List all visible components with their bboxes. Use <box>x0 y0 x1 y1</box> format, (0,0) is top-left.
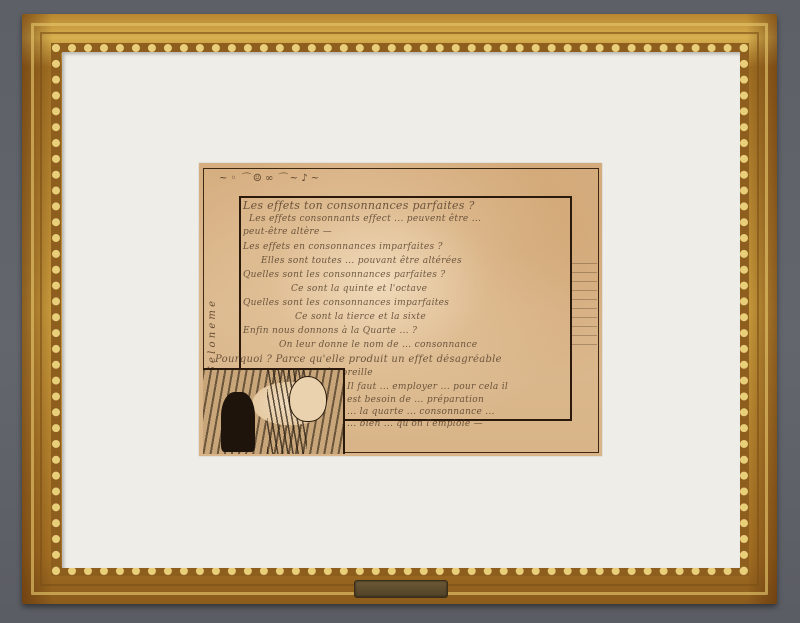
text-line: Elles sont toutes ... pouvant être altér… <box>261 256 462 266</box>
text-line: peut-être altère — <box>243 227 332 237</box>
text-line: Les effets ton consonnances parfaites ? <box>243 199 475 212</box>
text-line: est besoin de ... préparation <box>347 395 484 405</box>
text-line: Les effets consonnants effect ... peuven… <box>249 214 481 224</box>
drawing-paper: ~ ◦ ⌒ ☺ ∞ ⌒ ~ ♪ ~ S e l o n e m e Les ef… <box>199 163 602 456</box>
woman-face <box>289 376 327 422</box>
text-line: ... la quarte ... consonnance ... <box>347 407 495 417</box>
text-line: Ce sont la quinte et l'octave <box>291 284 427 294</box>
text-line: Les effets en consonnances imparfaites ? <box>243 242 443 252</box>
text-line: On leur donne le nom de ... consonnance <box>279 340 477 350</box>
text-line: Enfin nous donnons à la Quarte ... ? <box>243 326 417 336</box>
text-line: Ce sont la tierce et la sixte <box>295 312 426 322</box>
ink-vignette-illustration <box>203 368 345 454</box>
text-line: ... bien ... qu'on l'emploie — <box>347 419 483 429</box>
top-margin-doodles: ~ ◦ ⌒ ☺ ∞ ⌒ ~ ♪ ~ <box>219 169 579 189</box>
right-margin-sketch-lines <box>571 263 597 353</box>
seated-man-figure <box>221 392 255 452</box>
text-line: Quelles sont les consonnances parfaites … <box>243 270 446 280</box>
brass-nameplate <box>354 580 448 598</box>
text-line: Pourquoi ? Parce qu'elle produit un effe… <box>215 354 502 365</box>
text-line: Il faut ... employer ... pour cela il <box>347 382 508 392</box>
text-line: Quelles sont les consonnances imparfaite… <box>243 298 449 308</box>
left-margin-doodle: S e l o n e m e <box>207 203 235 373</box>
